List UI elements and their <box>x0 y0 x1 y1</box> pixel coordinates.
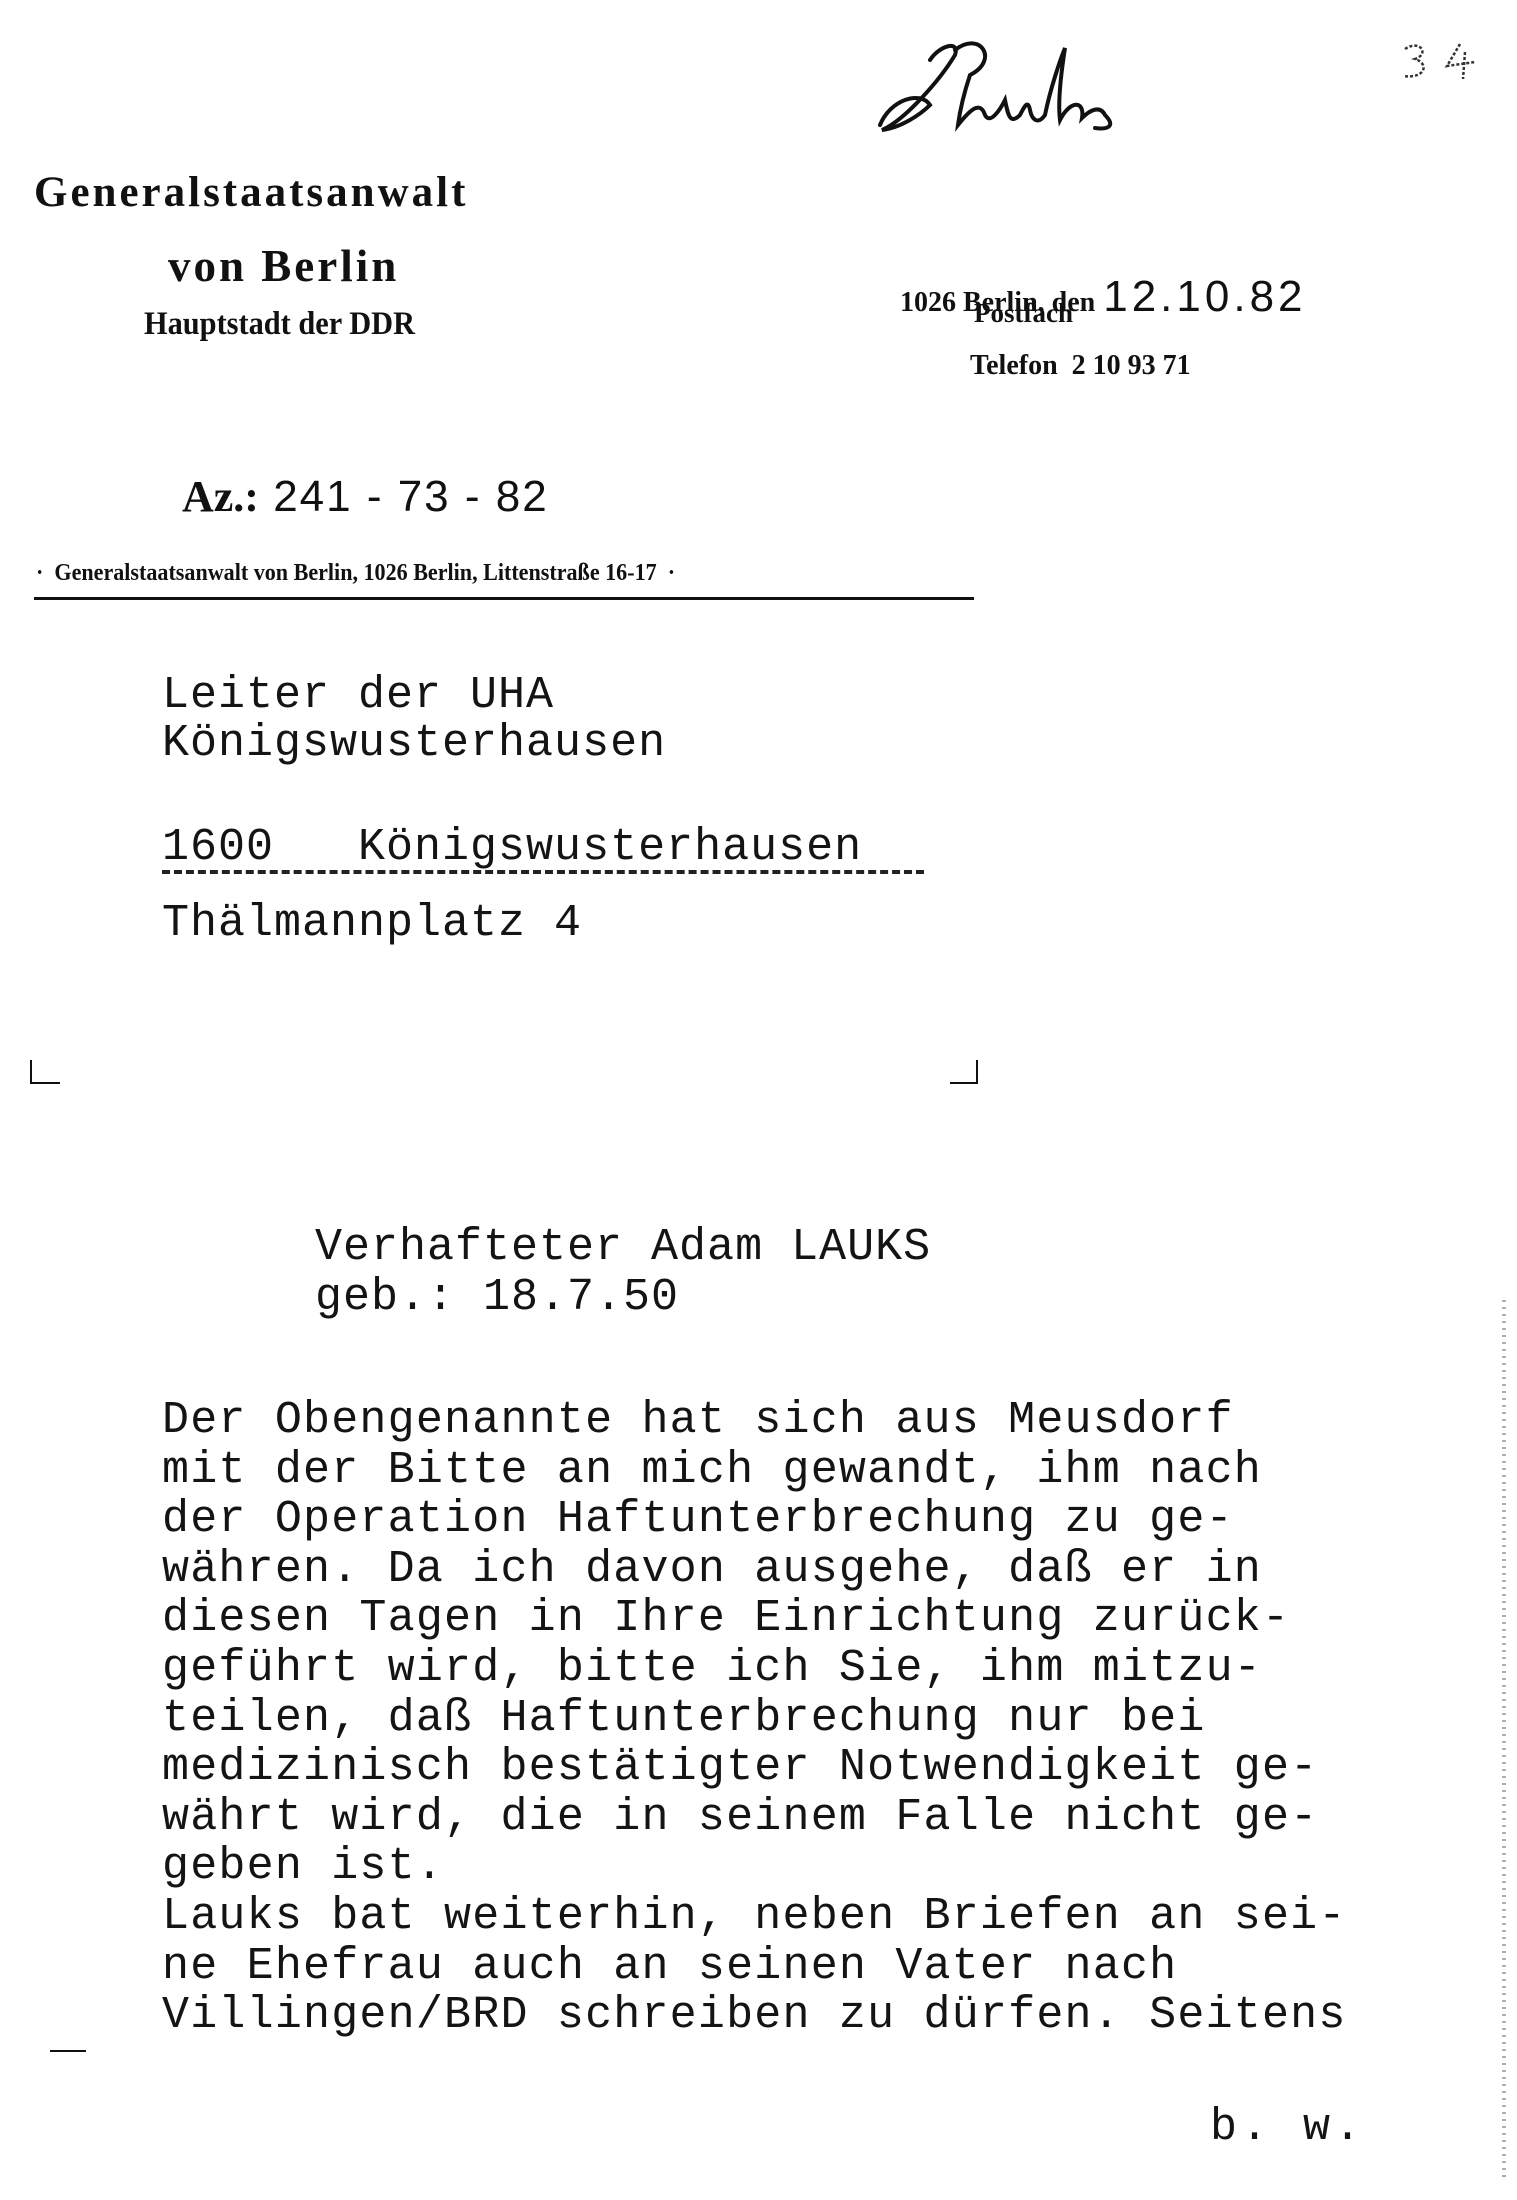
letter-date: 12.10.82 <box>1103 272 1306 321</box>
body-line: währen. Da ich davon ausgehe, daß er in <box>162 1545 1347 1595</box>
subject-line-2: geb.: 18.7.50 <box>315 1272 679 1323</box>
body-line: diesen Tagen in Ihre Einrichtung zurück- <box>162 1594 1347 1644</box>
organization-subtitle: Hauptstadt der DDR <box>144 306 415 343</box>
body-line: geführt wird, bitte ich Sie, ihm mitzu- <box>162 1644 1347 1694</box>
postfach-label: Postfach <box>974 298 1073 329</box>
page-number-annotation: 34 <box>1385 34 1495 84</box>
reference-label: Az.: <box>182 472 259 521</box>
city-underline <box>162 870 924 874</box>
fold-mark <box>50 2050 86 2052</box>
handwritten-name-annotation: Lauks <box>860 20 1200 140</box>
reference-number: Az.: 241 - 73 - 82 <box>160 420 549 522</box>
body-line: mit der Bitte an mich gewandt, ihm nach <box>162 1446 1347 1496</box>
body-line: Der Obengenannte hat sich aus Meusdorf <box>162 1396 1347 1446</box>
body-line: ne Ehefrau auch an seinen Vater nach <box>162 1942 1347 1992</box>
body-line: teilen, daß Haftunterbrechung nur bei <box>162 1694 1347 1744</box>
scan-edge-artifact <box>1502 1300 1506 2180</box>
recipient-line-1: Leiter der UHA <box>162 670 554 721</box>
organization-name: Generalstaatsanwalt <box>34 168 468 217</box>
body-line: der Operation Haftunterbrechung zu ge- <box>162 1495 1347 1545</box>
recipient-street: Thälmannplatz 4 <box>162 898 582 949</box>
sender-address-line: · Generalstaatsanwalt von Berlin, 1026 B… <box>36 560 675 587</box>
organization-city: von Berlin <box>168 240 399 292</box>
body-line: Lauks bat weiterhin, neben Briefen an se… <box>162 1892 1347 1942</box>
letter-body: Der Obengenannte hat sich aus Meusdorfmi… <box>162 1396 1347 2041</box>
dateline: 1026 Berlin, den12.10.82 <box>886 240 1307 322</box>
body-line: Villingen/BRD schreiben zu dürfen. Seite… <box>162 1991 1347 2041</box>
telefon-number: Telefon 2 10 93 71 <box>970 350 1191 382</box>
recipient-line-2: Königswusterhausen <box>162 718 666 769</box>
subject-line-1: Verhafteter Adam LAUKS <box>315 1222 931 1273</box>
body-line: geben ist. <box>162 1842 1347 1892</box>
body-line: medizinisch bestätigter Notwendigkeit ge… <box>162 1743 1347 1793</box>
address-window-mark-left <box>30 1060 60 1084</box>
reference-value: 241 - 73 - 82 <box>259 472 549 521</box>
sender-divider <box>34 597 974 600</box>
body-line: währt wird, die in seinem Falle nicht ge… <box>162 1793 1347 1843</box>
address-window-mark-right <box>950 1060 978 1084</box>
continuation-note: b. w. <box>1210 2102 1365 2153</box>
recipient-city: 1600 Königswusterhausen <box>162 822 862 873</box>
